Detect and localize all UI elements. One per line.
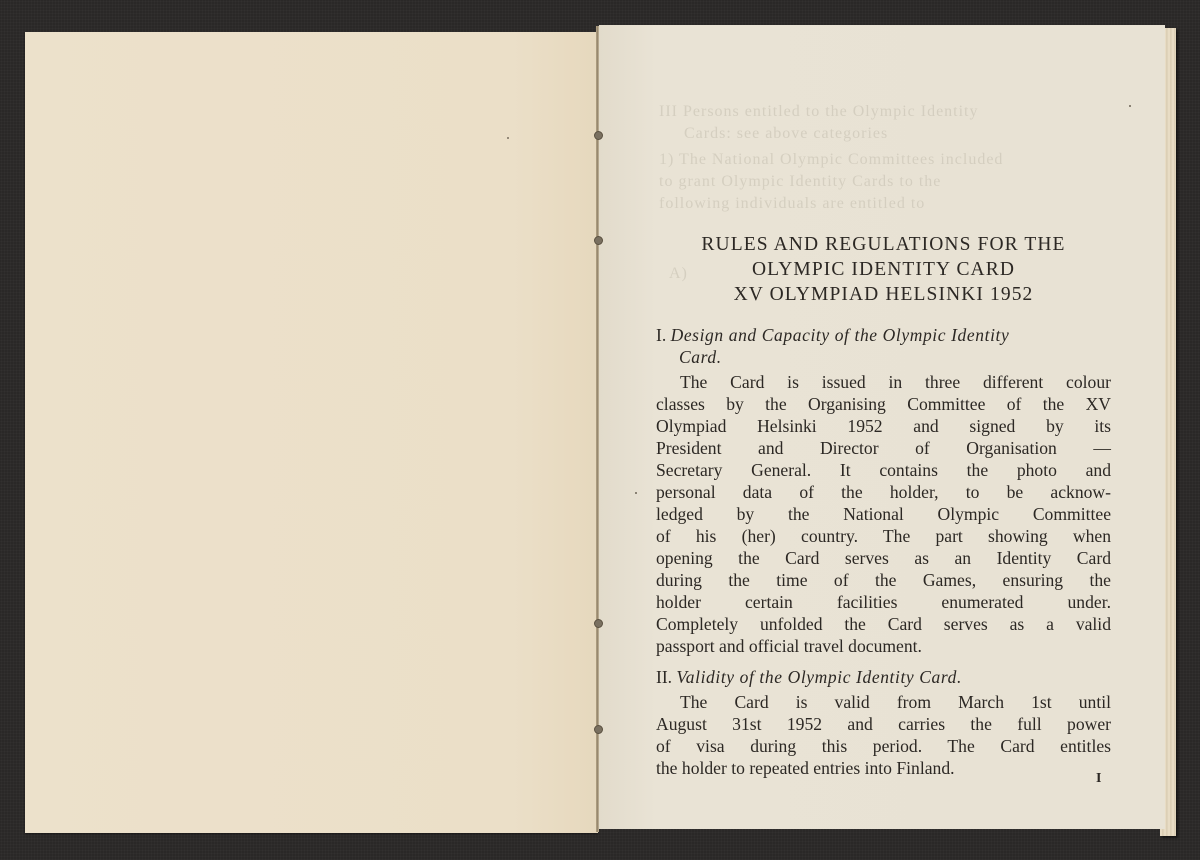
paper-speck	[635, 492, 637, 494]
section-2-number: II.	[656, 667, 672, 687]
paper-speck	[507, 137, 509, 139]
title-line-3: XV OLYMPIAD HELSINKI 1952	[656, 282, 1111, 307]
section-1-body: The Card is issued in three different co…	[656, 371, 1111, 657]
bleed-through-text: III Persons entitled to the Olympic Iden…	[659, 103, 1129, 121]
body-line: The Card is valid from March 1st until	[656, 691, 1111, 713]
section-1-number: I.	[656, 325, 666, 345]
paper-speck	[1129, 105, 1131, 107]
body-line: of his (her) country. The part showing w…	[656, 525, 1111, 547]
section-1-title: Design and Capacity of the Olympic Ident…	[671, 325, 1010, 345]
body-line: The Card is issued in three different co…	[656, 371, 1111, 393]
book-spine-fold	[596, 26, 599, 832]
bleed-through-text: following individuals are entitled to	[659, 195, 1129, 213]
body-line: passport and official travel document.	[656, 635, 1111, 657]
body-line: Secretary General. It contains the photo…	[656, 459, 1111, 481]
section-1-heading: I. Design and Capacity of the Olympic Id…	[656, 324, 1111, 368]
body-line: personal data of the holder, to be ackno…	[656, 481, 1111, 503]
body-line: holder certain facilities enumerated und…	[656, 591, 1111, 613]
right-page: III Persons entitled to the Olympic Iden…	[599, 25, 1165, 829]
binding-stitch	[594, 131, 603, 140]
bleed-through-text: Cards: see above categories	[684, 125, 1154, 143]
body-line: President and Director of Organisation —	[656, 437, 1111, 459]
body-line: the holder to repeated entries into Finl…	[656, 757, 1111, 779]
page-number: I	[1096, 771, 1101, 787]
section-1-title-cont: Card.	[656, 346, 1111, 368]
body-line: ledged by the National Olympic Committee	[656, 503, 1111, 525]
body-line: opening the Card serves as an Identity C…	[656, 547, 1111, 569]
document-title: RULES AND REGULATIONS FOR THE OLYMPIC ID…	[656, 232, 1111, 307]
title-line-1: RULES AND REGULATIONS FOR THE	[656, 232, 1111, 257]
left-blank-page	[25, 32, 598, 833]
binding-stitch	[594, 619, 603, 628]
section-2-title: Validity of the Olympic Identity Card.	[676, 667, 962, 687]
title-line-2: OLYMPIC IDENTITY CARD	[656, 257, 1111, 282]
section-2-body: The Card is valid from March 1st until A…	[656, 691, 1111, 779]
binding-stitch	[594, 725, 603, 734]
body-line: Olympiad Helsinki 1952 and signed by its	[656, 415, 1111, 437]
body-line: classes by the Organising Committee of t…	[656, 393, 1111, 415]
body-line: during the time of the Games, ensuring t…	[656, 569, 1111, 591]
body-line: Completely unfolded the Card serves as a…	[656, 613, 1111, 635]
body-line: August 31st 1952 and carries the full po…	[656, 713, 1111, 735]
binding-stitch	[594, 236, 603, 245]
bleed-through-text: 1) The National Olympic Committees inclu…	[659, 151, 1129, 169]
bleed-through-text: to grant Olympic Identity Cards to the	[659, 173, 1129, 191]
body-line: of visa during this period. The Card ent…	[656, 735, 1111, 757]
section-2-heading: II. Validity of the Olympic Identity Car…	[656, 666, 1111, 688]
